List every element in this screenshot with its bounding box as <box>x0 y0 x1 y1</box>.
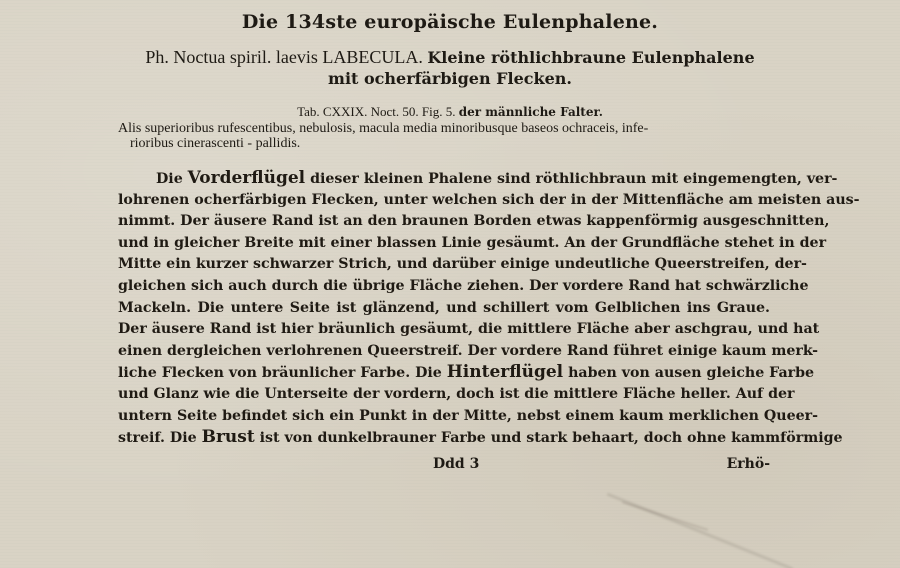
plate-reference-latin: Tab. CXXIX. Noct. 50. Fig. 5. <box>297 104 455 119</box>
keyword-vorderfluegel: Vorderflügel <box>188 168 305 188</box>
description-paragraph: Die Vorderflügel dieser kleinen Phalene … <box>118 168 770 449</box>
text-line: untern Seite befindet sich ein Punkt in … <box>118 406 770 428</box>
page-heading: Die 134ste europäische Eulenphalene. <box>0 11 900 33</box>
text-line: Mitte ein kurzer schwarzer Strich, und d… <box>118 254 770 276</box>
text-line: und Glanz wie die Unterseite der vordern… <box>118 384 770 406</box>
text-line: nimmt. Der äusere Rand ist an den braune… <box>118 211 770 233</box>
german-common-name-continued: mit ocherfärbigen Flecken. <box>130 68 770 89</box>
page-footer: Ddd 3 Erhö- <box>118 456 770 476</box>
text-line: liche Flecken von bräunlicher Farbe. Die… <box>118 362 770 384</box>
text-run: ist von dunkelbrauner Farbe und stark be… <box>255 430 843 446</box>
diagnosis-line: rioribus cinerascenti - pallidis. <box>118 136 770 151</box>
text-line: Mackeln. Die untere Seite ist glänzend, … <box>118 298 770 320</box>
german-common-name: Kleine röthlichbraune Eulenphalene <box>427 48 754 67</box>
text-line: streif. Die Brust ist von dunkelbrauner … <box>118 427 770 449</box>
signature-mark: Ddd 3 <box>433 456 479 472</box>
text-run: streif. Die <box>118 430 202 446</box>
species-title: Ph. Noctua spiril. laevis LABECULA. Klei… <box>130 47 770 89</box>
ink-bleed-through <box>607 493 794 568</box>
latin-species-name: LABECULA. <box>322 47 423 67</box>
catchword: Erhö- <box>727 456 770 472</box>
text-line: Der äusere Rand ist hier bräunlich gesäu… <box>118 319 770 341</box>
plate-reference-german: der männliche Falter. <box>459 105 603 119</box>
text-line: gleichen sich auch durch die übrige Fläc… <box>118 276 770 298</box>
text-run: haben von ausen gleiche Farbe <box>563 365 814 381</box>
text-run: dieser kleinen Phalene sind röthlichbrau… <box>305 171 837 187</box>
scanned-book-page: Die 134ste europäische Eulenphalene. Ph.… <box>0 0 900 568</box>
plate-reference: Tab. CXXIX. Noct. 50. Fig. 5. der männli… <box>0 104 900 120</box>
text-run: liche Flecken von bräunlicher Farbe. Die <box>118 365 447 381</box>
text-line: einen dergleichen verlohrenen Queerstrei… <box>118 341 770 363</box>
keyword-hinterfluegel: Hinterflügel <box>447 362 563 382</box>
text-line: und in gleicher Breite mit einer blassen… <box>118 233 770 255</box>
latin-prefix: Ph. Noctua spiril. laevis <box>145 47 317 67</box>
species-title-line1: Ph. Noctua spiril. laevis LABECULA. Klei… <box>130 47 770 68</box>
keyword-brust: Brust <box>202 427 255 447</box>
text-line: lohrenen ocherfärbigen Flecken, unter we… <box>118 190 770 212</box>
ink-bleed-through <box>622 501 708 531</box>
text-run: Die <box>156 171 188 187</box>
latin-diagnosis: Alis superioribus rufescentibus, nebulos… <box>118 121 770 151</box>
text-line: Die Vorderflügel dieser kleinen Phalene … <box>118 168 770 190</box>
diagnosis-line: Alis superioribus rufescentibus, nebulos… <box>118 121 770 136</box>
